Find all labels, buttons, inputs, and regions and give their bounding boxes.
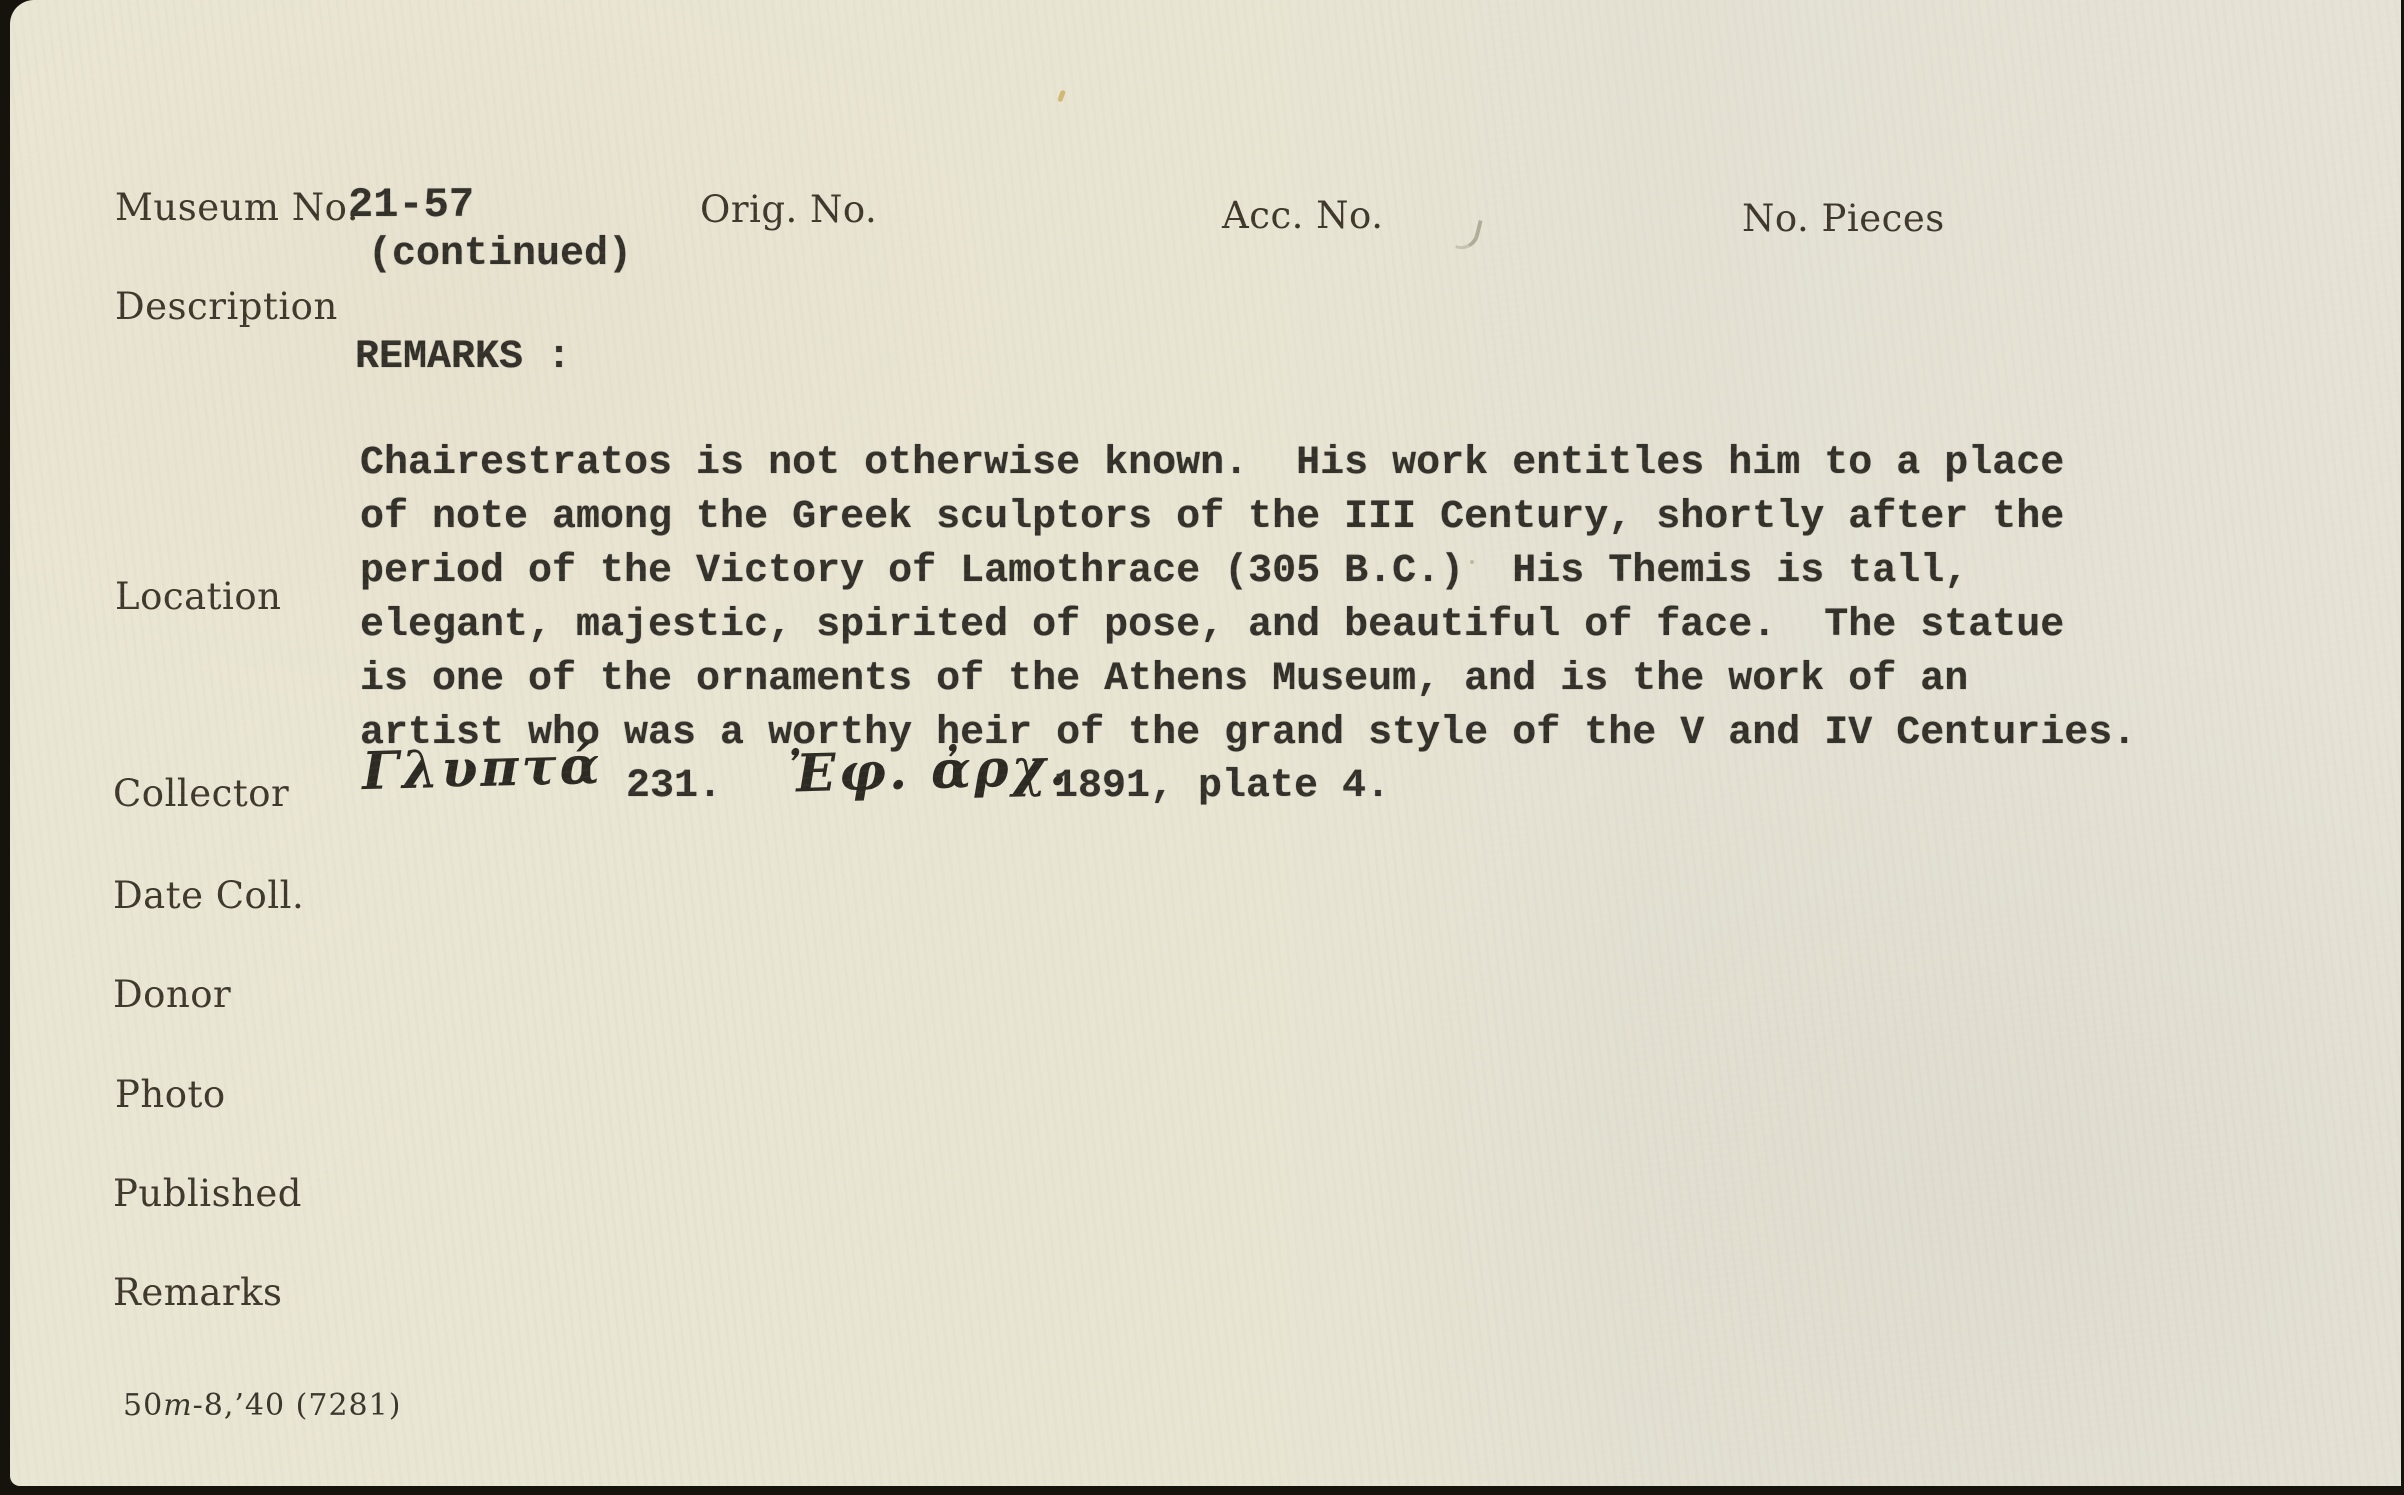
remarks-label: Remarks	[113, 1271, 283, 1314]
donor-label: Donor	[113, 973, 231, 1016]
remarks-paragraph-line: artist who was a worthy heir of the gran…	[360, 711, 2136, 756]
collector-label: Collector	[113, 772, 289, 815]
paper-speck	[1057, 90, 1066, 103]
scanned-catalog-card: Museum No. 21-57 (continued) Orig. No. A…	[0, 0, 2404, 1495]
citation-greek-eph-arch: Ἐφ. ἀρχ.	[787, 736, 1070, 804]
museum-no-label: Museum No.	[115, 186, 359, 229]
photo-label: Photo	[115, 1073, 226, 1116]
published-label: Published	[113, 1172, 302, 1215]
remarks-paragraph-line: of note among the Greek sculptors of the…	[360, 495, 2064, 540]
remarks-paragraph-line: elegant, majestic, spirited of pose, and…	[360, 603, 2064, 648]
form-code-part: -8,’40 (7281)	[193, 1388, 402, 1423]
orig-no-label: Orig. No.	[700, 188, 877, 231]
museum-no-value: 21-57	[348, 181, 474, 229]
remarks-heading: REMARKS :	[355, 335, 571, 380]
location-label: Location	[115, 575, 281, 618]
acc-no-label: Acc. No.	[1222, 194, 1383, 237]
description-label: Description	[115, 285, 338, 328]
citation-reference: 1891, plate 4.	[1054, 764, 1390, 809]
form-print-code: 50m-8,’40 (7281)	[123, 1388, 401, 1423]
date-coll-label: Date Coll.	[113, 874, 304, 917]
remarks-paragraph-line: Chairestratos is not otherwise known. Hi…	[360, 441, 2064, 486]
card-paper: Museum No. 21-57 (continued) Orig. No. A…	[10, 0, 2401, 1486]
paper-speck	[1470, 560, 1474, 564]
citation-number: 231.	[626, 764, 722, 809]
paper-smudge	[1455, 216, 1482, 253]
form-code-part: 50	[123, 1388, 163, 1423]
no-pieces-label: No. Pieces	[1742, 197, 1945, 240]
remarks-paragraph-line: is one of the ornaments of the Athens Mu…	[360, 657, 1968, 702]
museum-no-continued: (continued)	[368, 232, 632, 277]
form-code-part-italic: m	[163, 1388, 192, 1423]
remarks-paragraph-line: period of the Victory of Lamothrace (305…	[360, 549, 1968, 594]
citation-greek-glypta: Γλυπτά	[361, 735, 603, 802]
